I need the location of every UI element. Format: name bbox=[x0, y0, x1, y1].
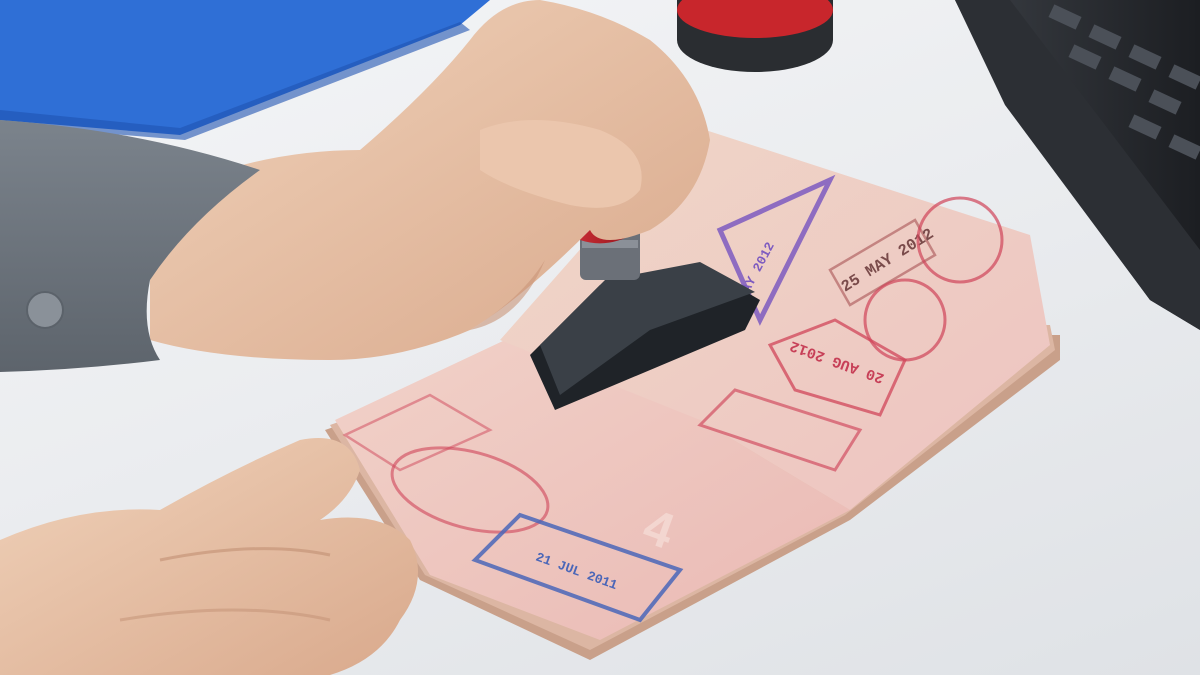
ink-pad bbox=[677, 0, 833, 72]
passport-stamping-photo: MAY 2012 25 MAY 2012 20 AUG 2012 4 21 JU… bbox=[0, 0, 1200, 675]
left-hand bbox=[0, 438, 418, 675]
scene-illustration: MAY 2012 25 MAY 2012 20 AUG 2012 4 21 JU… bbox=[0, 0, 1200, 675]
